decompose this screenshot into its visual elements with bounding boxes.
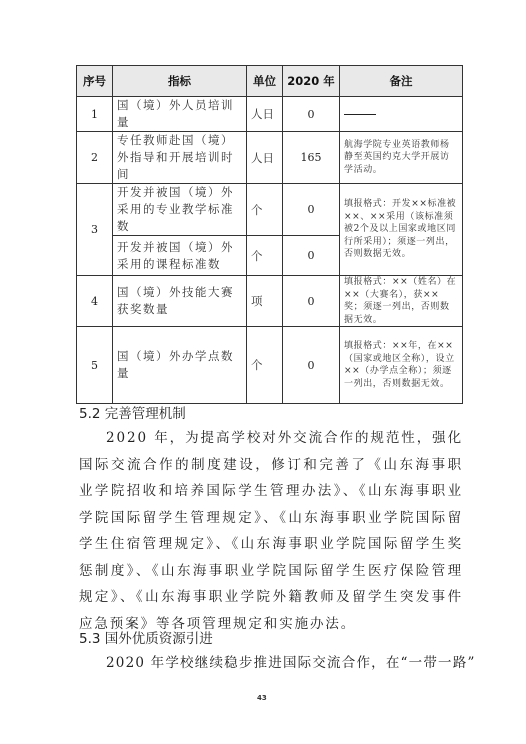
section-title: 完善管理机制 (105, 406, 186, 422)
header-no: 序号 (77, 66, 113, 97)
row-indicator: 开发并被国（境）外采用的课程标准数 (113, 236, 247, 276)
section-heading-5-3: 5.3 国外优质资源引进 (79, 627, 213, 647)
dash-placeholder (344, 114, 376, 115)
row-unit: 个 (247, 236, 283, 276)
document-page: 序号 指标 单位 2020 年 备注 1 国（境）外人员培训量 人日 0 2 专… (0, 0, 526, 744)
row-indicator: 国（境）外办学点数量 (113, 327, 247, 404)
header-note: 备注 (340, 66, 463, 97)
row-no: 1 (77, 97, 113, 132)
row-value: 0 (283, 327, 340, 404)
table-row: 1 国（境）外人员培训量 人日 0 (77, 97, 463, 132)
header-unit: 单位 (247, 66, 283, 97)
row-value: 0 (283, 97, 340, 132)
row-unit: 个 (247, 327, 283, 404)
section-5-3-paragraph: 2020 年学校继续稳步推进国际交流合作，在“一带一路” (79, 650, 463, 677)
row-unit: 人日 (247, 132, 283, 184)
row-note: 填报格式：××年，在××（国家或地区全称），设立××（办学点全称）；须逐一列出，… (340, 327, 463, 404)
row-value: 0 (283, 184, 340, 236)
row-no: 2 (77, 132, 113, 184)
row-value: 0 (283, 276, 340, 327)
row-indicator: 开发并被国（境）外采用的专业教学标准数 (113, 184, 247, 236)
header-indicator: 指标 (113, 66, 247, 97)
row-note: 填报格式：××（姓名）在××（大赛名），获××奖；须逐一列出，否则数据无效。 (340, 276, 463, 327)
indicator-table: 序号 指标 单位 2020 年 备注 1 国（境）外人员培训量 人日 0 2 专… (76, 65, 463, 404)
row-indicator: 专任教师赴国（境）外指导和开展培训时间 (113, 132, 247, 184)
row-no: 5 (77, 327, 113, 404)
table-header-row: 序号 指标 单位 2020 年 备注 (77, 66, 463, 97)
row-no: 4 (77, 276, 113, 327)
section-number: 5.2 (79, 406, 100, 422)
table-row: 4 国（境）外技能大赛获奖数量 项 0 填报格式：××（姓名）在××（大赛名），… (77, 276, 463, 327)
section-5-2-paragraph: 2020 年，为提高学校对外交流合作的规范性，强化国际交流合作的制度建设，修订和… (79, 425, 463, 637)
row-unit: 项 (247, 276, 283, 327)
row-value: 165 (283, 132, 340, 184)
table-row: 5 国（境）外办学点数量 个 0 填报格式：××年，在××（国家或地区全称），设… (77, 327, 463, 404)
row-unit: 个 (247, 184, 283, 236)
table-row: 3 开发并被国（境）外采用的专业教学标准数 个 0 填报格式：开发××标准被××… (77, 184, 463, 236)
row-indicator: 国（境）外人员培训量 (113, 97, 247, 132)
row-note: 填报格式：开发××标准被××、××采用（该标准须被2个及以上国家或地区同行所采用… (340, 184, 463, 276)
row-unit: 人日 (247, 97, 283, 132)
section-heading-5-2: 5.2 完善管理机制 (79, 402, 186, 422)
row-indicator: 国（境）外技能大赛获奖数量 (113, 276, 247, 327)
page-number: 43 (257, 694, 267, 702)
row-note (340, 97, 463, 132)
row-note: 航海学院专业英语教师杨静至英国约克大学开展访学活动。 (340, 132, 463, 184)
table-row: 2 专任教师赴国（境）外指导和开展培训时间 人日 165 航海学院专业英语教师杨… (77, 132, 463, 184)
row-no: 3 (77, 184, 113, 276)
section-title: 国外优质资源引进 (105, 631, 213, 647)
header-year: 2020 年 (283, 66, 340, 97)
section-number: 5.3 (79, 631, 100, 647)
row-value: 0 (283, 236, 340, 276)
